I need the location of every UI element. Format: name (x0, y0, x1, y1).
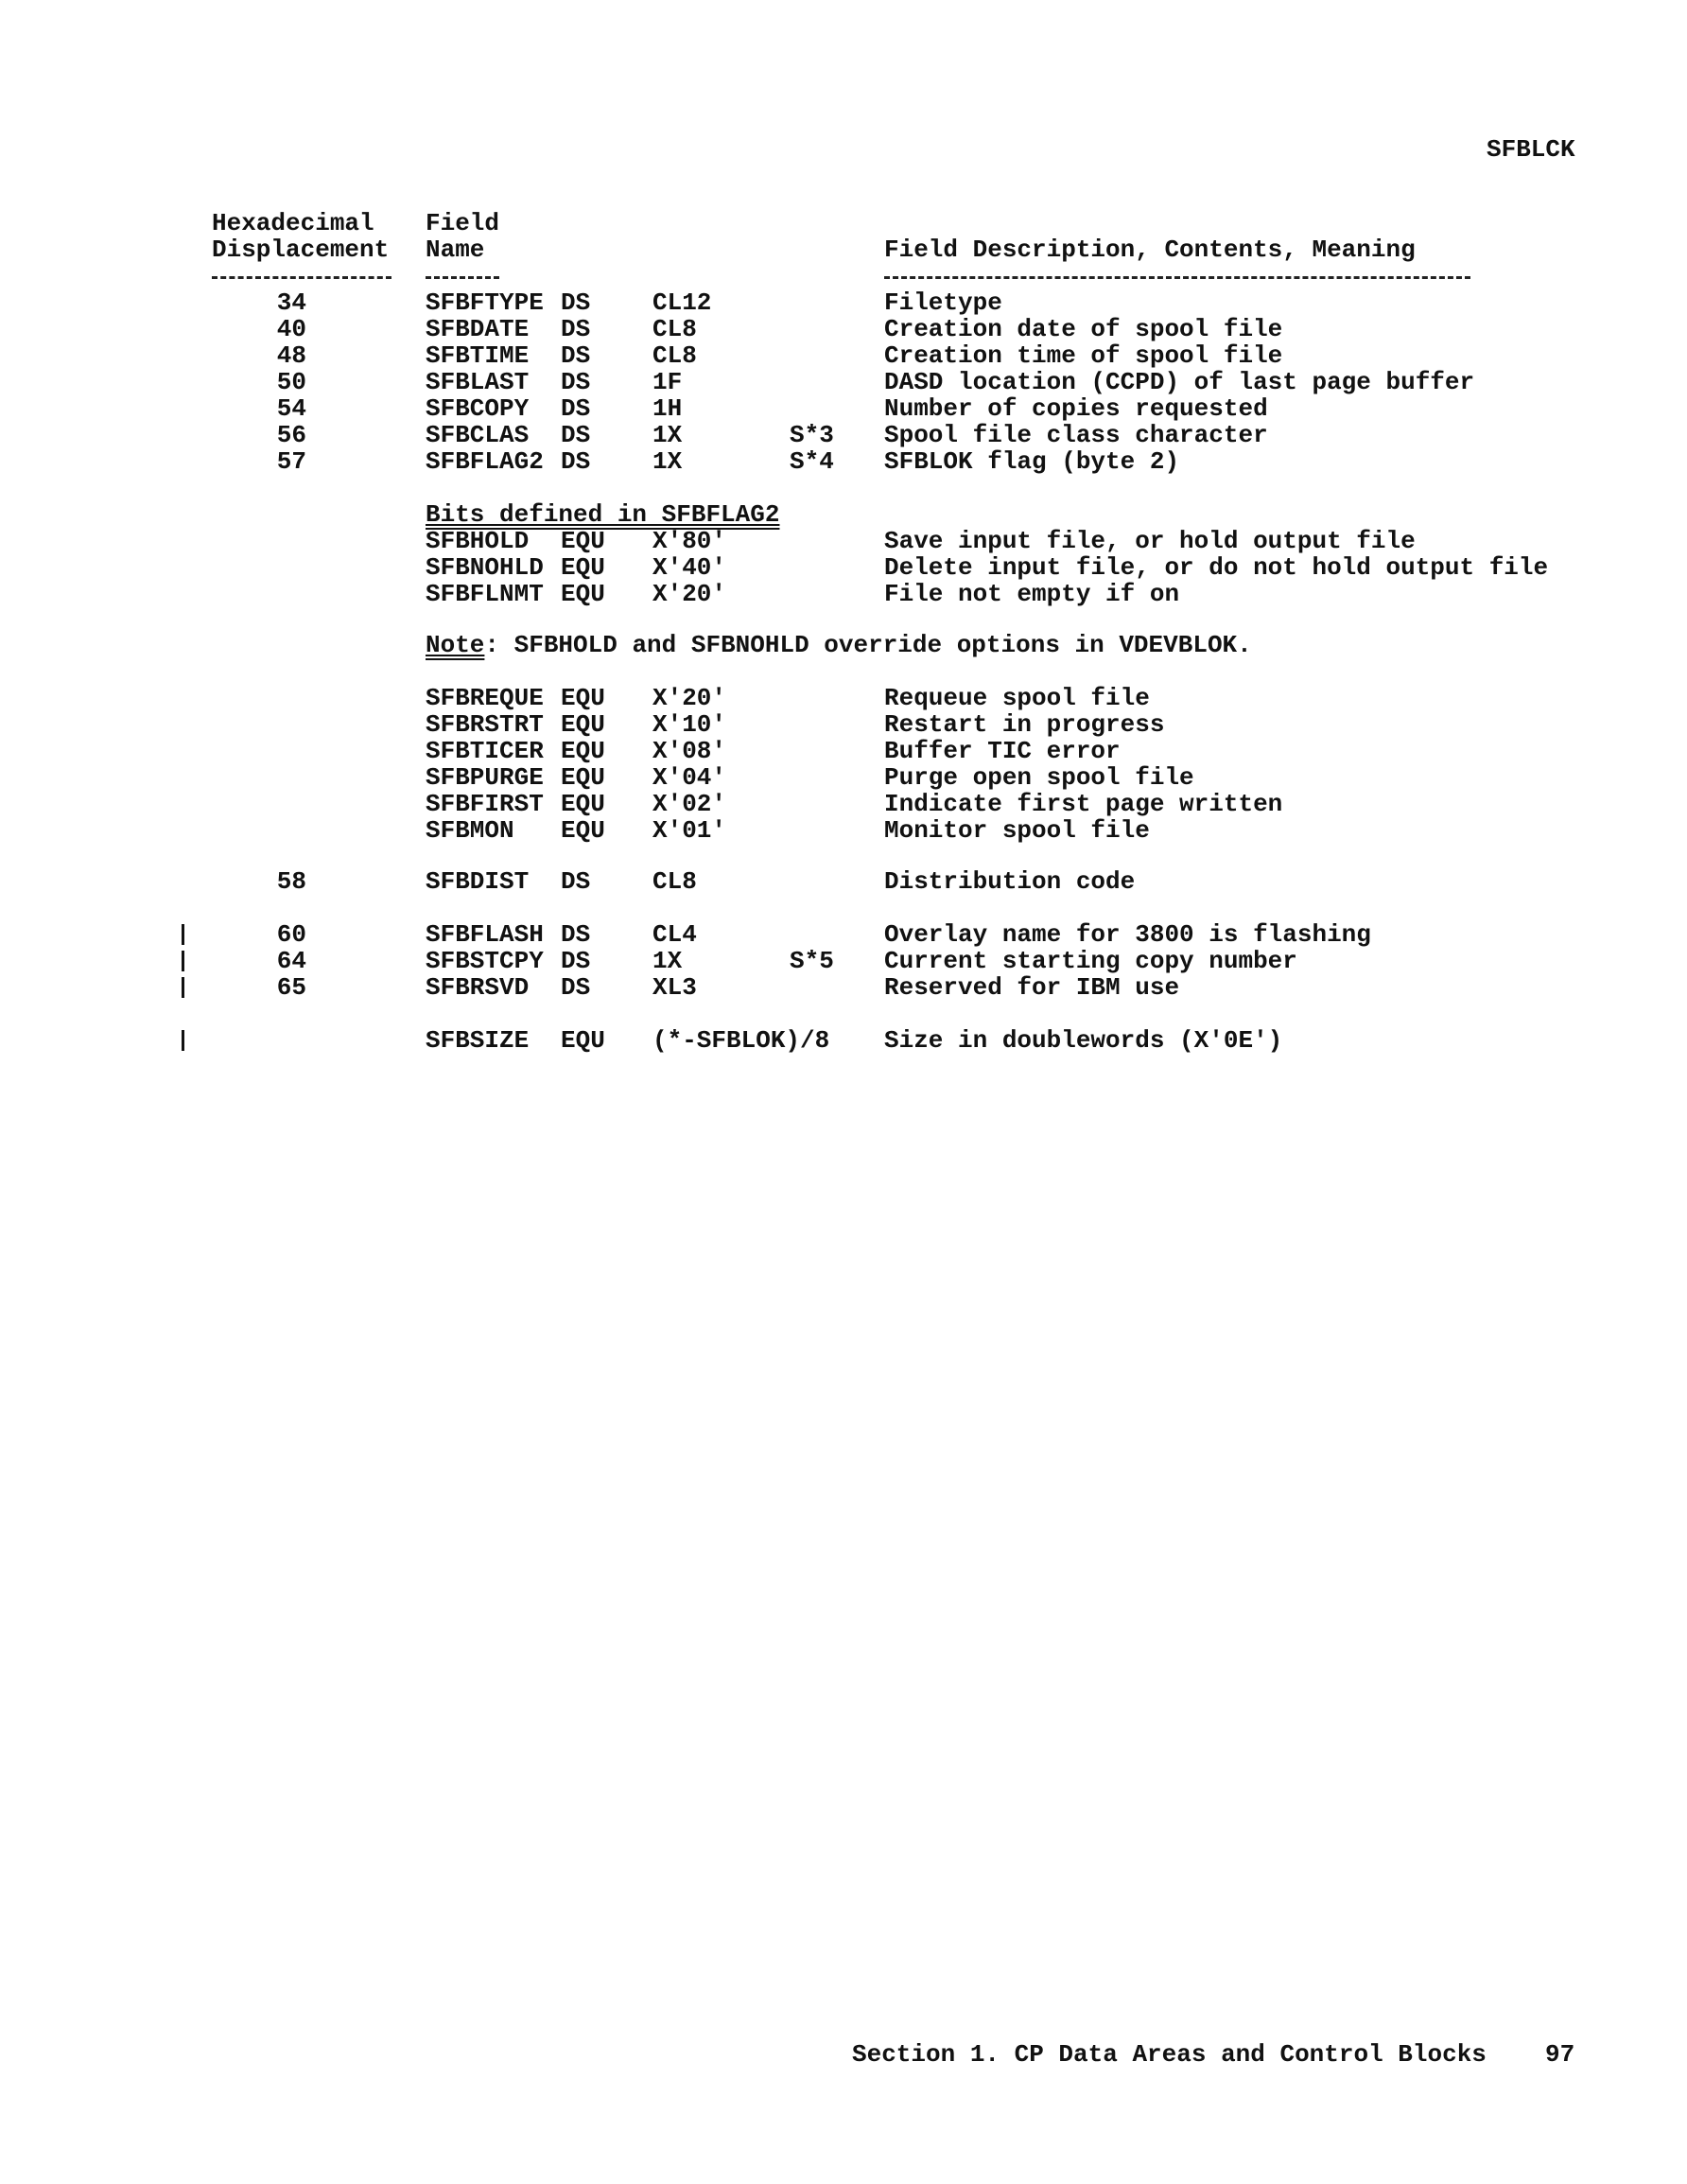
header-rule-name (426, 276, 499, 279)
revision-bar (182, 1030, 184, 1051)
field-operand: CL12 (652, 289, 711, 316)
field-op: DS (561, 422, 590, 448)
field-description: Creation date of spool file (884, 316, 1282, 342)
field-description: Spool file class character (884, 422, 1268, 448)
document-page: SFBLCK Hexadecimal Displacement Field Na… (0, 0, 1687, 2184)
hex-offset: 40 (212, 316, 306, 342)
bit-op: EQU (561, 581, 605, 607)
hex-offset: 54 (212, 395, 306, 422)
field-description: Number of copies requested (884, 395, 1268, 422)
field-operand: CL8 (652, 316, 697, 342)
field-op: DS (561, 395, 590, 422)
bit-description: Purge open spool file (884, 764, 1194, 791)
field-description: DASD location (CCPD) of last page buffer (884, 369, 1474, 395)
bit-name: SFBFIRST (426, 791, 544, 817)
revision-bar (182, 977, 184, 998)
header-rule-description (884, 276, 1470, 279)
bit-value: X'02' (652, 791, 726, 817)
page-number: 97 (1545, 2041, 1574, 2068)
field-operand: CL4 (652, 921, 697, 948)
bit-name: SFBFLNMT (426, 581, 544, 607)
field-name: SFBSTCPY (426, 948, 544, 974)
column-header-hex-line2: Displacement (212, 236, 389, 263)
field-description: Overlay name for 3800 is flashing (884, 921, 1371, 948)
field-operand: CL8 (652, 868, 697, 895)
field-op: DS (561, 369, 590, 395)
field-op: DS (561, 316, 590, 342)
field-op: DS (561, 342, 590, 369)
field-operand: 1H (652, 395, 682, 422)
bit-op: EQU (561, 711, 605, 738)
column-header-description: Field Description, Contents, Meaning (884, 236, 1416, 263)
field-description: Reserved for IBM use (884, 974, 1179, 1001)
field-description: SFBLOK flag (byte 2) (884, 448, 1179, 475)
hex-offset: 48 (212, 342, 306, 369)
field-description: Filetype (884, 289, 1002, 316)
bit-description: Save input file, or hold output file (884, 528, 1416, 554)
field-operand: 1F (652, 369, 682, 395)
field-name: SFBFLAG2 (426, 448, 544, 475)
field-operand: 1X (652, 948, 682, 974)
hex-offset: 64 (212, 948, 306, 974)
bit-value: X'40' (652, 554, 726, 581)
bits-section-title: Bits defined in SFBFLAG2 (426, 501, 779, 528)
bit-description: Indicate first page written (884, 791, 1282, 817)
column-header-name-line2: Name (426, 236, 484, 263)
field-s-reference: S*5 (790, 948, 834, 974)
field-name: SFBTIME (426, 342, 529, 369)
bit-name: SFBRSTRT (426, 711, 544, 738)
field-description: Size in doublewords (X'0E') (884, 1027, 1282, 1054)
hex-offset: 58 (212, 868, 306, 895)
running-header: SFBLCK (1487, 136, 1575, 163)
hex-offset: 65 (212, 974, 306, 1001)
field-operand: (*-SFBLOK)/8 (652, 1027, 829, 1054)
bit-op: EQU (561, 528, 605, 554)
bit-value: X'10' (652, 711, 726, 738)
field-name: SFBCLAS (426, 422, 529, 448)
bit-op: EQU (561, 817, 605, 844)
field-op: DS (561, 974, 590, 1001)
field-op: DS (561, 921, 590, 948)
footer-section-title: Section 1. CP Data Areas and Control Blo… (852, 2041, 1487, 2068)
field-operand: 1X (652, 422, 682, 448)
hex-offset: 60 (212, 921, 306, 948)
field-name: SFBCOPY (426, 395, 529, 422)
bit-description: File not empty if on (884, 581, 1179, 607)
bit-value: X'01' (652, 817, 726, 844)
field-name: SFBRSVD (426, 974, 529, 1001)
bit-description: Restart in progress (884, 711, 1164, 738)
field-name: SFBFLASH (426, 921, 544, 948)
bit-op: EQU (561, 738, 605, 764)
field-operand: XL3 (652, 974, 697, 1001)
note-text: : SFBHOLD and SFBNOHLD override options … (484, 631, 1251, 659)
field-name: SFBLAST (426, 369, 529, 395)
field-name: SFBDATE (426, 316, 529, 342)
field-op: DS (561, 448, 590, 475)
field-op: DS (561, 289, 590, 316)
bit-op: EQU (561, 685, 605, 711)
column-header-hex-line1: Hexadecimal (212, 210, 374, 236)
note-label: Note (426, 631, 484, 659)
bit-description: Monitor spool file (884, 817, 1150, 844)
field-description: Current starting copy number (884, 948, 1297, 974)
field-description: Creation time of spool file (884, 342, 1282, 369)
note: Note: SFBHOLD and SFBNOHLD override opti… (426, 632, 1252, 658)
field-op: EQU (561, 1027, 605, 1054)
bit-op: EQU (561, 554, 605, 581)
hex-offset: 57 (212, 448, 306, 475)
field-name: SFBDIST (426, 868, 529, 895)
revision-bar (182, 951, 184, 971)
bit-name: SFBNOHLD (426, 554, 544, 581)
header-rule-hex (212, 276, 391, 279)
bit-value: X'08' (652, 738, 726, 764)
bit-name: SFBMON (426, 817, 514, 844)
bit-value: X'80' (652, 528, 726, 554)
hex-offset: 50 (212, 369, 306, 395)
bit-description: Requeue spool file (884, 685, 1150, 711)
field-name: SFBFTYPE (426, 289, 544, 316)
hex-offset: 34 (212, 289, 306, 316)
field-op: DS (561, 868, 590, 895)
field-s-reference: S*4 (790, 448, 834, 475)
field-s-reference: S*3 (790, 422, 834, 448)
field-description: Distribution code (884, 868, 1135, 895)
bit-value: X'20' (652, 581, 726, 607)
field-op: DS (561, 948, 590, 974)
field-operand: 1X (652, 448, 682, 475)
hex-offset: 56 (212, 422, 306, 448)
bit-name: SFBPURGE (426, 764, 544, 791)
bit-op: EQU (561, 764, 605, 791)
bit-name: SFBTICER (426, 738, 544, 764)
bit-description: Delete input file, or do not hold output… (884, 554, 1548, 581)
column-header-name-line1: Field (426, 210, 499, 236)
bit-value: X'04' (652, 764, 726, 791)
bit-op: EQU (561, 791, 605, 817)
bit-name: SFBREQUE (426, 685, 544, 711)
bit-description: Buffer TIC error (884, 738, 1121, 764)
revision-bar (182, 924, 184, 945)
field-name: SFBSIZE (426, 1027, 529, 1054)
bit-name: SFBHOLD (426, 528, 529, 554)
bit-value: X'20' (652, 685, 726, 711)
field-operand: CL8 (652, 342, 697, 369)
